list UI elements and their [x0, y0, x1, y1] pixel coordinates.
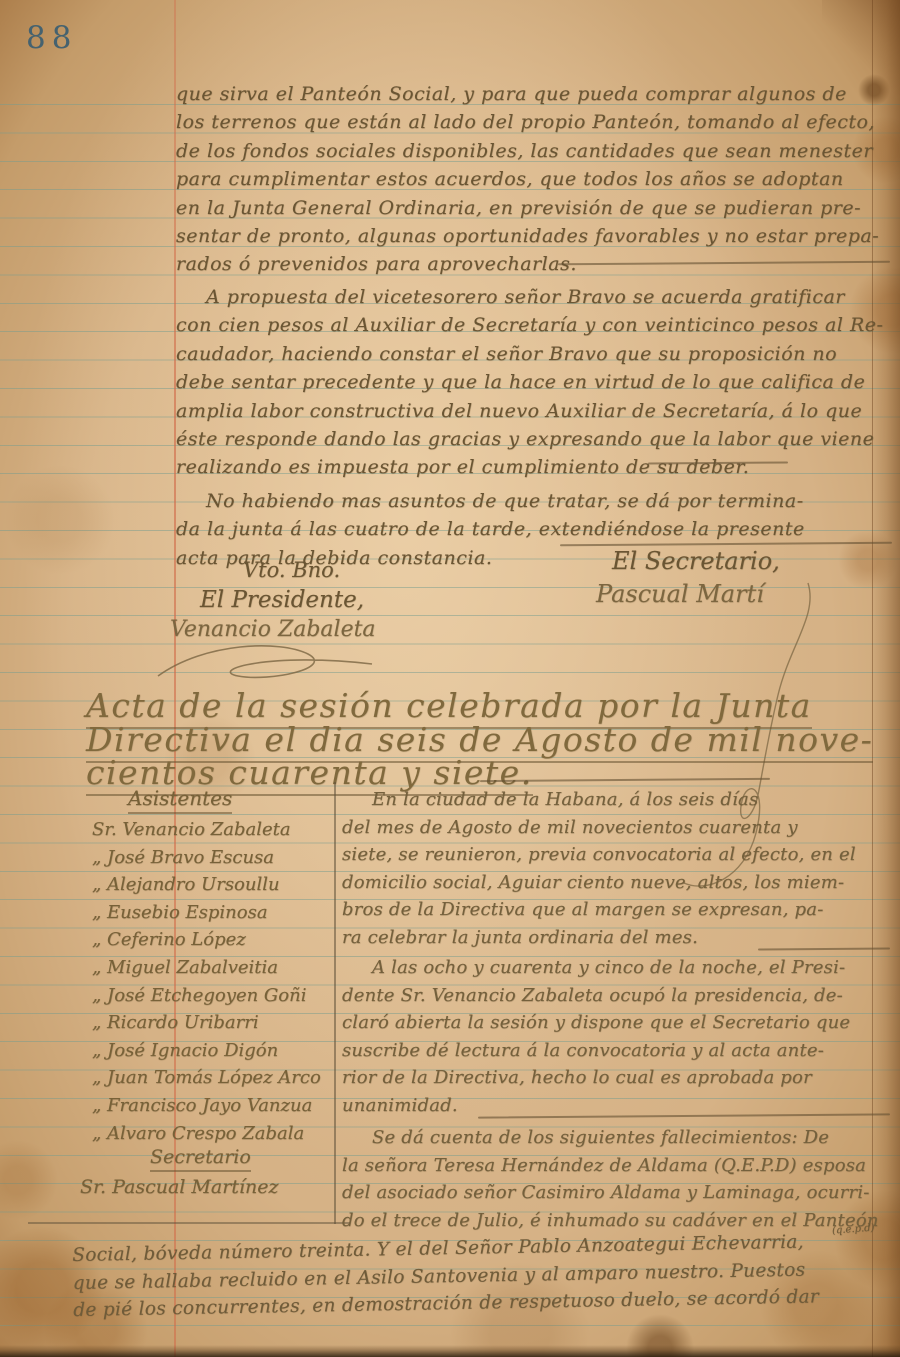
handwritten-text-line: caudador, haciendo constar el señor Brav…	[176, 340, 883, 368]
handwritten-text-line: „ José Ignacio Digón	[92, 1037, 321, 1065]
handwritten-text-line: en la Junta General Ordinaria, en previs…	[176, 194, 879, 222]
page-bottom-edge	[0, 1345, 900, 1357]
handwritten-text-line: bros de la Directiva que al margen se ex…	[342, 896, 856, 924]
handwritten-text-line: de los fondos sociales disponibles, las …	[176, 137, 879, 165]
handwritten-text-line: „ Ricardo Uribarri	[92, 1009, 321, 1037]
handwritten-text-line: del mes de Agosto de mil novecientos cua…	[342, 814, 856, 842]
handwritten-text-line: para cumplimentar estos acuerdos, que to…	[176, 165, 879, 193]
handwritten-text-line: con cien pesos al Auxiliar de Secretaría…	[176, 311, 883, 339]
secretario-label: El Secretario,	[612, 547, 780, 575]
handwritten-text-line: los terrenos que están al lado del propi…	[176, 108, 879, 136]
handwritten-text-line: sentar de pronto, algunas oportunidades …	[176, 222, 879, 250]
handwritten-text-line: Se dá cuenta de los siguientes fallecimi…	[342, 1124, 879, 1152]
handwritten-text-line: „ José Bravo Escusa	[92, 844, 321, 872]
handwritten-text-line: „ Miguel Zabalveitia	[92, 954, 321, 982]
handwritten-text-line: A las ocho y cuarenta y cinco de la noch…	[342, 954, 850, 982]
secretary-header: Secretario	[150, 1146, 251, 1168]
handwritten-text-line: rados ó prevenidos para aprovecharlas.	[176, 250, 879, 278]
handwritten-text-line: „ Juan Tomás López Arco	[92, 1064, 321, 1092]
handwritten-text-line: siete, se reunieron, previa convocatoria…	[342, 841, 856, 869]
secretary-name: Sr. Pascual Martínez	[80, 1176, 279, 1198]
paragraph-apertura-sesion: A las ocho y cuarenta y cinco de la noch…	[342, 954, 850, 1120]
handwritten-text-line: „ Alvaro Crespo Zabala	[92, 1120, 321, 1148]
handwritten-text-line: A propuesta del vicetesorero señor Bravo…	[176, 283, 883, 311]
handwritten-text-line: Sr. Venancio Zabaleta	[92, 816, 321, 844]
handwritten-text-line: domicilio social, Aguiar ciento nueve, a…	[342, 869, 856, 897]
qepd-superscript: (q.e.p.d)	[832, 1223, 875, 1237]
handwritten-text-line: realizando es impuesta por el cumplimien…	[176, 453, 883, 481]
handwritten-text-line: éste responde dando las gracias y expres…	[176, 425, 883, 453]
presidente-label: El Presidente,	[200, 587, 364, 613]
column-divider-line	[334, 782, 336, 1224]
handwritten-text-line: da la junta á las cuatro de la tarde, ex…	[176, 515, 805, 543]
paragraph-continuation: que sirva el Panteón Social, y para que …	[176, 80, 879, 279]
handwritten-text-line: la señora Teresa Hernández de Aldama (Q.…	[342, 1152, 879, 1180]
presidente-rubric-flourish	[150, 638, 380, 684]
handwritten-text-line: claró abierta la sesión y dispone que el…	[342, 1009, 850, 1037]
handwritten-text-line: amplia labor constructiva del nuevo Auxi…	[176, 397, 883, 425]
paragraph-apertura-lugar: En la ciudad de la Habana, á los seis dí…	[342, 786, 856, 952]
column-bottom-line	[28, 1222, 350, 1224]
handwritten-text-line: „ Ceferino López	[92, 926, 321, 954]
handwritten-text-line: En la ciudad de la Habana, á los seis dí…	[342, 786, 856, 814]
handwritten-text-line: „ Eusebio Espinosa	[92, 899, 321, 927]
attendees-header: Asistentes	[128, 786, 232, 810]
handwritten-text-line: suscribe dé lectura á la convocatoria y …	[342, 1037, 850, 1065]
handwritten-text-line: rior de la Directiva, hecho lo cual es a…	[342, 1064, 850, 1092]
handwritten-text-line: „ Alejandro Ursoullu	[92, 871, 321, 899]
page-number: 88	[26, 20, 77, 56]
attendees-list: Sr. Venancio Zabaleta„ José Bravo Escusa…	[92, 816, 321, 1147]
paragraph-gratificacion: A propuesta del vicetesorero señor Bravo…	[176, 283, 883, 482]
handwritten-text-line: No habiendo mas asuntos de que tratar, s…	[176, 487, 805, 515]
manuscript-page: 88 que sirva el Panteón Social, y para q…	[0, 0, 900, 1357]
handwritten-text-line: „ José Etchegoyen Goñi	[92, 982, 321, 1010]
handwritten-text-line: dente Sr. Venancio Zabaleta ocupó la pre…	[342, 982, 850, 1010]
handwritten-text-line: que sirva el Panteón Social, y para que …	[176, 80, 879, 108]
handwritten-text-line: debe sentar precedente y que la hace en …	[176, 368, 883, 396]
vto-bno-label: Vto. Bno.	[243, 558, 340, 582]
paragraph-fallecimientos-continuacion: Social, bóveda número treinta. Y el del …	[72, 1228, 819, 1324]
paragraph-fallecimientos: Se dá cuenta de los siguientes fallecimi…	[342, 1124, 879, 1234]
handwritten-text-line: „ Francisco Jayo Vanzua	[92, 1092, 321, 1120]
handwritten-text-line: del asociado señor Casimiro Aldama y Lam…	[342, 1179, 879, 1207]
